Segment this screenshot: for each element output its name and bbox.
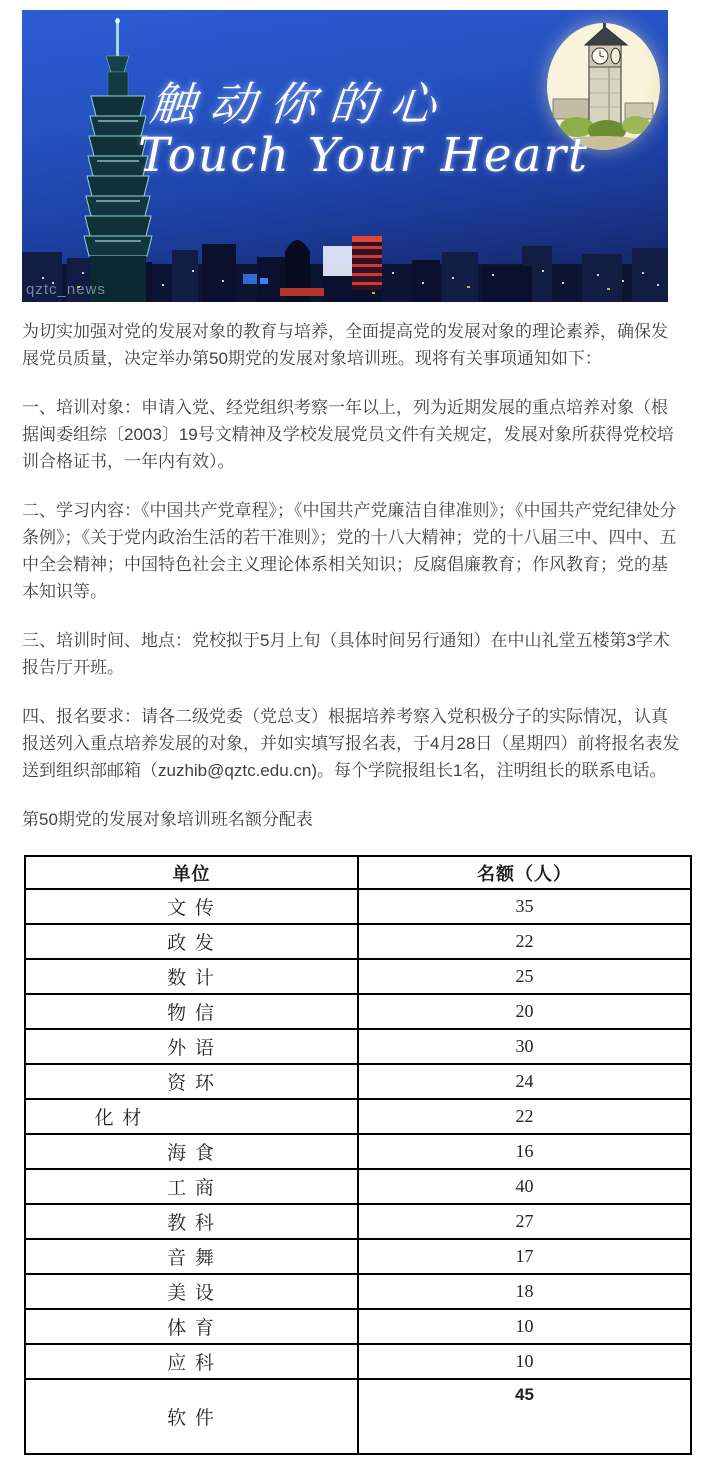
quota-table-head: 单位 名额（人）: [25, 856, 691, 889]
unit-cell: 应 科: [25, 1344, 358, 1379]
table-caption: 第50期党的发展对象培训班名额分配表: [22, 806, 680, 833]
unit-cell: 数 计: [25, 959, 358, 994]
unit-cell: 海 食: [25, 1134, 358, 1169]
quota-cell: 35: [358, 889, 691, 924]
quota-cell: 16: [358, 1134, 691, 1169]
item-training-target: 一、培训对象：申请入党、经党组织考察一年以上，列为近期发展的重点培养对象（根据闽…: [22, 394, 680, 475]
table-row: 化 材22: [25, 1099, 691, 1134]
unit-cell: 外 语: [25, 1029, 358, 1064]
quota-cell: 10: [358, 1344, 691, 1379]
quota-cell: 20: [358, 994, 691, 1029]
quota-cell: 17: [358, 1239, 691, 1274]
quota-cell: 22: [358, 1099, 691, 1134]
unit-cell: 体 育: [25, 1309, 358, 1344]
quota-cell: 22: [358, 924, 691, 959]
unit-cell: 美 设: [25, 1274, 358, 1309]
unit-cell: 文 传: [25, 889, 358, 924]
table-row: 资 环24: [25, 1064, 691, 1099]
table-row: 外 语30: [25, 1029, 691, 1064]
table-row: 教 科27: [25, 1204, 691, 1239]
unit-cell: 音 舞: [25, 1239, 358, 1274]
table-row: 美 设18: [25, 1274, 691, 1309]
header-row: 单位 名额（人）: [25, 856, 691, 889]
table-row: 应 科10: [25, 1344, 691, 1379]
table-row: 物 信20: [25, 994, 691, 1029]
quota-cell: 27: [358, 1204, 691, 1239]
table-row: 体 育10: [25, 1309, 691, 1344]
unit-column-header: 单位: [25, 856, 358, 889]
table-row: 软 件45: [25, 1379, 691, 1454]
unit-cell: 工 商: [25, 1169, 358, 1204]
quota-cell: 18: [358, 1274, 691, 1309]
unit-cell: 政 发: [25, 924, 358, 959]
quota-cell: 24: [358, 1064, 691, 1099]
unit-cell: 教 科: [25, 1204, 358, 1239]
table-row: 数 计25: [25, 959, 691, 994]
banner-image: 触动你的心 Touch Your Heart qztc_news: [22, 10, 668, 302]
table-row: 音 舞17: [25, 1239, 691, 1274]
unit-cell: 资 环: [25, 1064, 358, 1099]
table-row: 政 发22: [25, 924, 691, 959]
quota-cell: 45: [358, 1379, 691, 1454]
quota-allocation-table: 单位 名额（人） 文 传35政 发22数 计25物 信20外 语30资 环24化…: [24, 855, 692, 1455]
unit-cell: 物 信: [25, 994, 358, 1029]
banner-title-english: Touch Your Heart: [138, 128, 589, 183]
quota-cell: 25: [358, 959, 691, 994]
notice-body: 为切实加强对党的发展对象的教育与培养，全面提高党的发展对象的理论素养，确保发展党…: [22, 318, 680, 833]
table-row: 文 传35: [25, 889, 691, 924]
item-registration: 四、报名要求：请各二级党委（党总支）根据培养考察入党积极分子的实际情况，认真报送…: [22, 703, 680, 784]
unit-cell: 化 材: [25, 1099, 358, 1134]
unit-cell: 软 件: [25, 1379, 358, 1454]
notice-page: 触动你的心 Touch Your Heart qztc_news 为切实加强对党…: [0, 10, 702, 1455]
quota-column-header: 名额（人）: [358, 856, 691, 889]
item-study-content: 二、学习内容：《中国共产党章程》；《中国共产党廉洁自律准则》；《中国共产党纪律处…: [22, 497, 680, 605]
intro-paragraph: 为切实加强对党的发展对象的教育与培养，全面提高党的发展对象的理论素养，确保发展党…: [22, 318, 680, 372]
quota-cell: 10: [358, 1309, 691, 1344]
banner-title-chinese: 触动你的心: [147, 68, 453, 134]
item-time-location: 三、培训时间、地点：党校拟于5月上旬（具体时间另行通知）在中山礼堂五楼第3学术报…: [22, 627, 680, 681]
watermark-text: qztc_news: [26, 281, 106, 298]
quota-cell: 30: [358, 1029, 691, 1064]
table-row: 工 商40: [25, 1169, 691, 1204]
quota-table-body: 文 传35政 发22数 计25物 信20外 语30资 环24化 材22海 食16…: [25, 889, 691, 1454]
quota-cell: 40: [358, 1169, 691, 1204]
table-row: 海 食16: [25, 1134, 691, 1169]
